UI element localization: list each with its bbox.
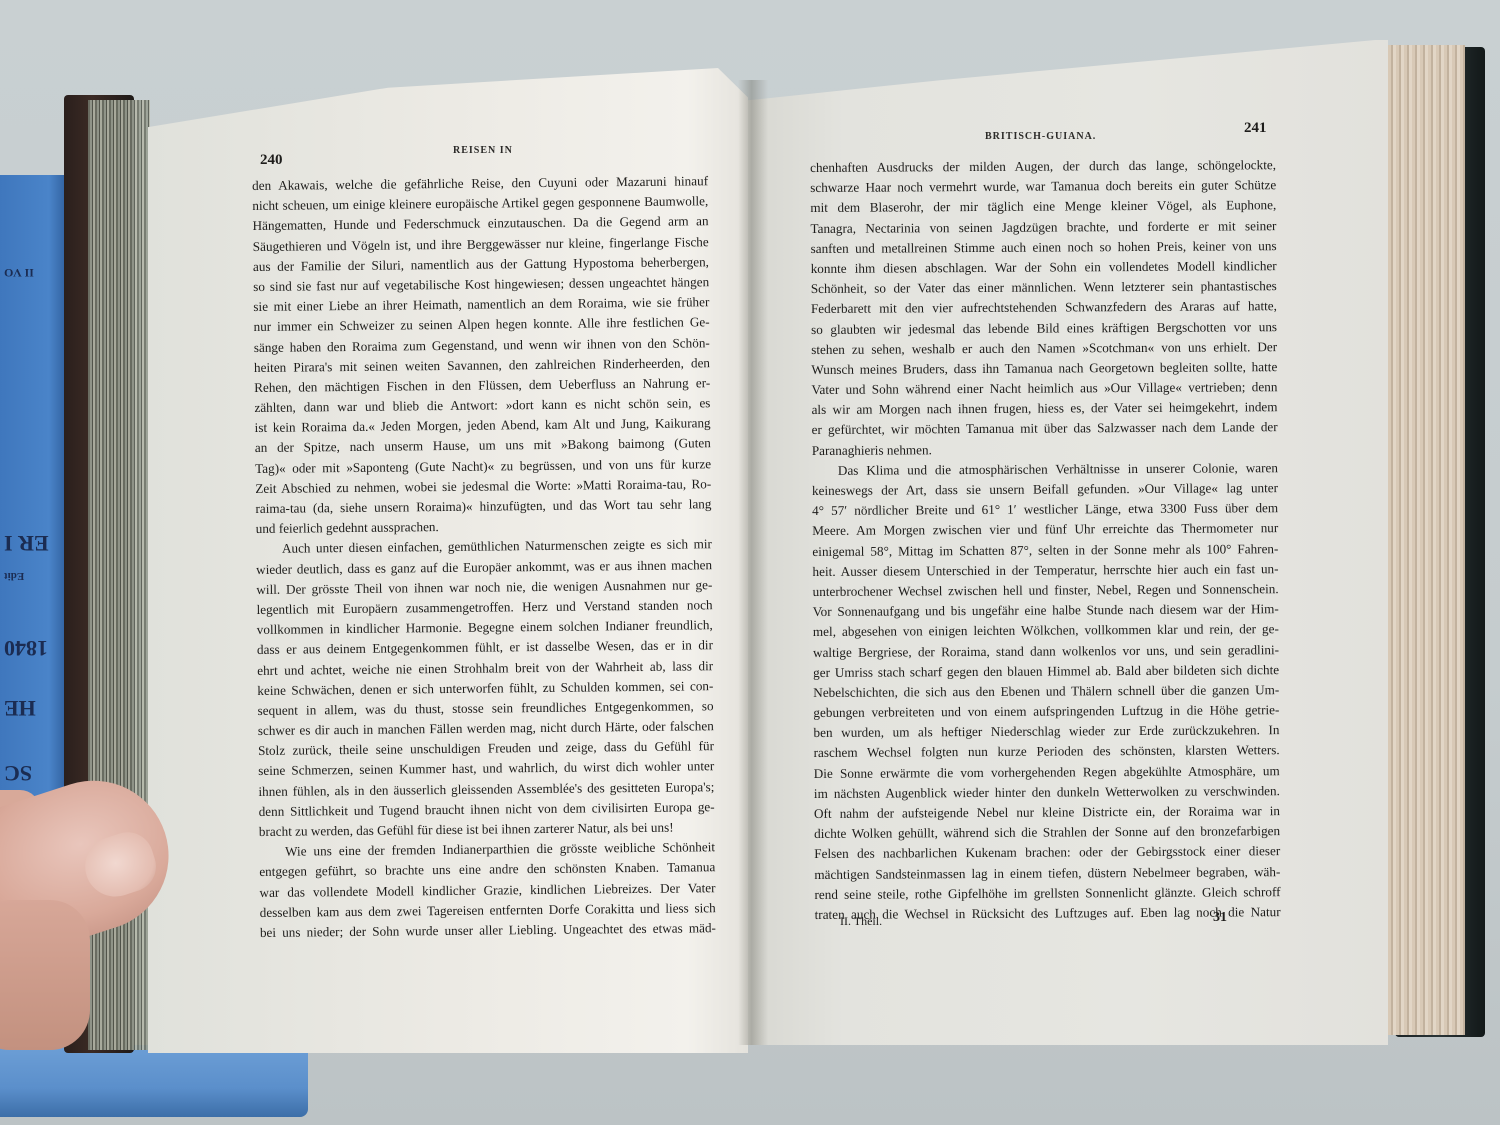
sheet-number: 31	[1213, 910, 1227, 926]
text-line: Das Klima und die atmosphärischen Verhäl…	[812, 458, 1278, 481]
text-line: mächtigen Sandsteinmassen lag in einem t…	[814, 862, 1280, 885]
text-line: Vor Sonnenaufgang und bis ungefähr eine …	[813, 599, 1279, 622]
blue-book-spine-text: HE	[4, 695, 36, 721]
left-page-number: 240	[260, 152, 283, 169]
text-line: mel, abgesehen von einigen leichten Wölk…	[813, 619, 1279, 642]
text-line: er gefürchtet, wir möchten Tamanua mit ü…	[812, 418, 1278, 441]
text-line: chenhaften Ausdrucks der milden Augen, d…	[810, 155, 1276, 178]
text-line: keineswegs der Art, dass sie unsern Beif…	[812, 478, 1278, 501]
text-line: 4° 57′ nördlicher Breite und 61° 1′ west…	[812, 498, 1278, 521]
hand-palm	[0, 900, 90, 1050]
text-line: Die Sonne erwärmte die vom vorhergehende…	[814, 761, 1280, 784]
text-line: im nächsten Augenblick wieder hinter den…	[814, 781, 1280, 804]
text-line: gebungen verbreiteten und von einem aufs…	[813, 700, 1279, 723]
right-running-head: BRITISCH-GUIANA.	[985, 131, 1096, 142]
text-line: dichte Wolken gehüllt, während sich die …	[814, 821, 1280, 844]
text-line: schwarze Haar noch vermehrt wurde, war T…	[810, 175, 1276, 198]
text-line: Paranaghieris nehmen.	[812, 438, 1278, 461]
blue-book-spine-text: Edit	[4, 570, 24, 582]
text-line: Felsen des nachbarlichen Kukenam brachen…	[814, 842, 1280, 865]
text-line: ger Umriss stach scharf gegen den blauen…	[813, 660, 1279, 683]
left-page-text: den Akawais, welche die gefährliche Reis…	[252, 171, 716, 943]
text-line: einigemal 58°, Mittag im Schatten 87°, s…	[812, 539, 1278, 562]
text-line: traten auch die Wechsel in Rücksicht des…	[815, 902, 1281, 925]
blue-book-spine-text: 1840	[4, 635, 48, 661]
text-line: Federbarett mit den vier aufrechtstehend…	[811, 296, 1277, 319]
left-running-head: REISEN IN	[453, 145, 513, 156]
signature-mark: II. Theil.	[840, 914, 882, 929]
text-line: mit dem Blaserohr, der mir täglich eine …	[810, 196, 1276, 219]
blue-book-spine-text: II VO	[4, 265, 34, 280]
text-line: waltige Bergriese, der Roraima, stand da…	[813, 640, 1279, 663]
text-line: heit. Ausser diesem Unterschied in der T…	[812, 559, 1278, 582]
text-line: sanften und metallreinen Stimme auch ein…	[810, 236, 1276, 259]
text-line: stehen zu sehen, weshalb er auch den Nam…	[811, 337, 1277, 360]
page-edges-right	[1380, 45, 1465, 1035]
text-line: als wir am Morgen nach ihnen frugen, hie…	[811, 397, 1277, 420]
text-line: so glaubten wir jedesmal das lebende Bil…	[811, 317, 1277, 340]
text-line: raschem Wechsel folgten nun kurze Period…	[814, 741, 1280, 764]
right-page-number: 241	[1244, 120, 1267, 137]
text-line: konnte ihm diesen abschlagen. War der So…	[811, 256, 1277, 279]
blue-book-bottom-edge	[0, 1045, 308, 1117]
blue-book-spine-text: SC	[4, 760, 32, 786]
blue-book-spine-text: ER I	[4, 530, 49, 556]
text-line: Oft nahm der aufsteigende Nebel nur klei…	[814, 801, 1280, 824]
text-line: Vater und Sohn während einer Nacht heiml…	[811, 377, 1277, 400]
right-page-text: chenhaften Ausdrucks der milden Augen, d…	[810, 155, 1281, 925]
book-gutter	[738, 80, 768, 1045]
text-line: Schönheit, so der Vater das einer männli…	[811, 276, 1277, 299]
text-line: unterbrochener Wechsel zwischen hell und…	[813, 579, 1279, 602]
text-line: ben wurden, um als heftiger Niederschlag…	[813, 720, 1279, 743]
text-line: Wunsch meines Bruders, dass ihn Tamanua …	[811, 357, 1277, 380]
text-line: Meere. Am Morgen zwischen vier und fünf …	[812, 519, 1278, 542]
text-line: rend seine steile, rothe Gipfelhöhe im g…	[814, 882, 1280, 905]
text-line: Nebelschichten, die sich aus den Ebenen …	[813, 680, 1279, 703]
text-line: Tanagra, Nectarinia von seinen Jagdzügen…	[810, 216, 1276, 239]
